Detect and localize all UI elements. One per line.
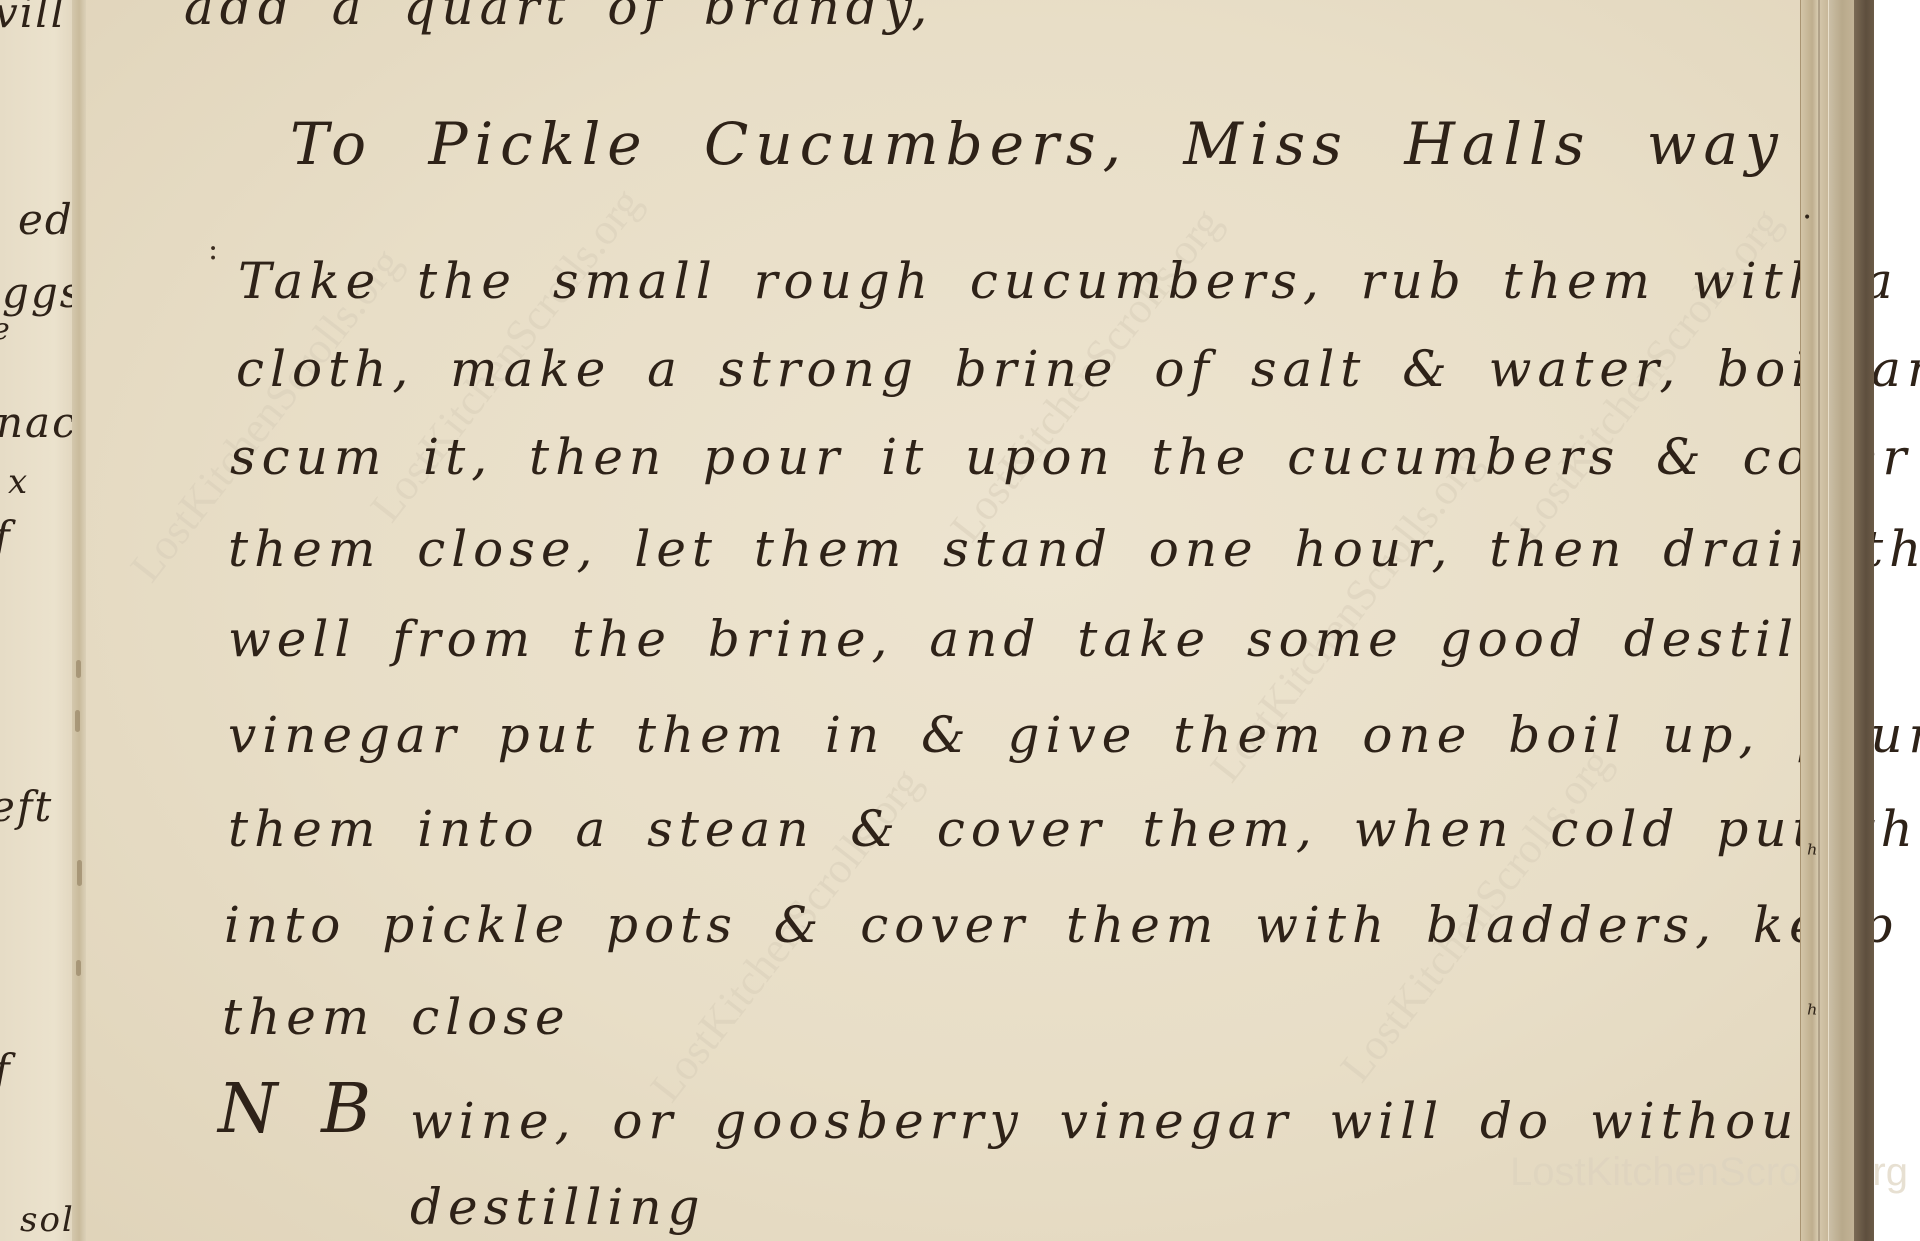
facing-fragment: f [0, 1045, 12, 1094]
recipe-line: them close [222, 988, 571, 1046]
book-cover-edge [1854, 0, 1874, 1241]
facing-page: vill ed ggs e nace x f eft f soll [0, 0, 78, 1241]
edge-mark: • [1803, 210, 1811, 226]
facing-fragment: e [0, 312, 12, 347]
edge-mark: ʰ [1807, 1000, 1818, 1030]
recipe-line: scum it, then pour it upon the cucumbers… [230, 428, 1912, 486]
gutter-stain [76, 960, 81, 976]
gutter-stain [75, 710, 80, 732]
gutter-stain [77, 860, 82, 886]
margin-mark: : [208, 232, 218, 267]
nota-bene-line: wine, or goosberry vinegar will do witho… [410, 1092, 1825, 1150]
recipe-line: Take the small rough cucumbers, rub them… [238, 252, 1920, 310]
facing-fragment: ed [18, 195, 74, 244]
recipe-title: To Pickle Cucumbers, Miss Halls way [290, 110, 1785, 178]
nota-bene-label: N B [218, 1070, 378, 1149]
facing-fragment: eft [0, 782, 53, 831]
nota-bene-line: destilling [410, 1178, 706, 1236]
facing-fragment: f [0, 512, 12, 561]
page-stack [1828, 0, 1855, 1241]
recipe-line: into pickle pots & cover them with bladd… [224, 896, 1898, 954]
recipe-line: them close, let them stand one hour, the… [228, 520, 1920, 578]
recipe-line: well from the brine, and take some good … [228, 610, 1879, 668]
recipe-line: them into a stean & cover them, when col… [228, 800, 1920, 858]
edge-mark: ʰ [1807, 840, 1818, 870]
page-edge-rule [1818, 0, 1820, 1241]
gutter-stain [76, 660, 81, 678]
facing-fragment: x [8, 462, 29, 502]
facing-fragment: vill [0, 0, 66, 37]
recipe-line: cloth, make a strong brine of salt & wat… [236, 340, 1920, 398]
partial-top-line: add a quart of brandy, [184, 0, 933, 36]
recipe-line: vinegar put them in & give them one boil… [228, 706, 1920, 764]
manuscript-scan: vill ed ggs e nace x f eft f soll LostKi… [0, 0, 1920, 1241]
page-edge: • ʰ ʰ [1800, 0, 1829, 1241]
